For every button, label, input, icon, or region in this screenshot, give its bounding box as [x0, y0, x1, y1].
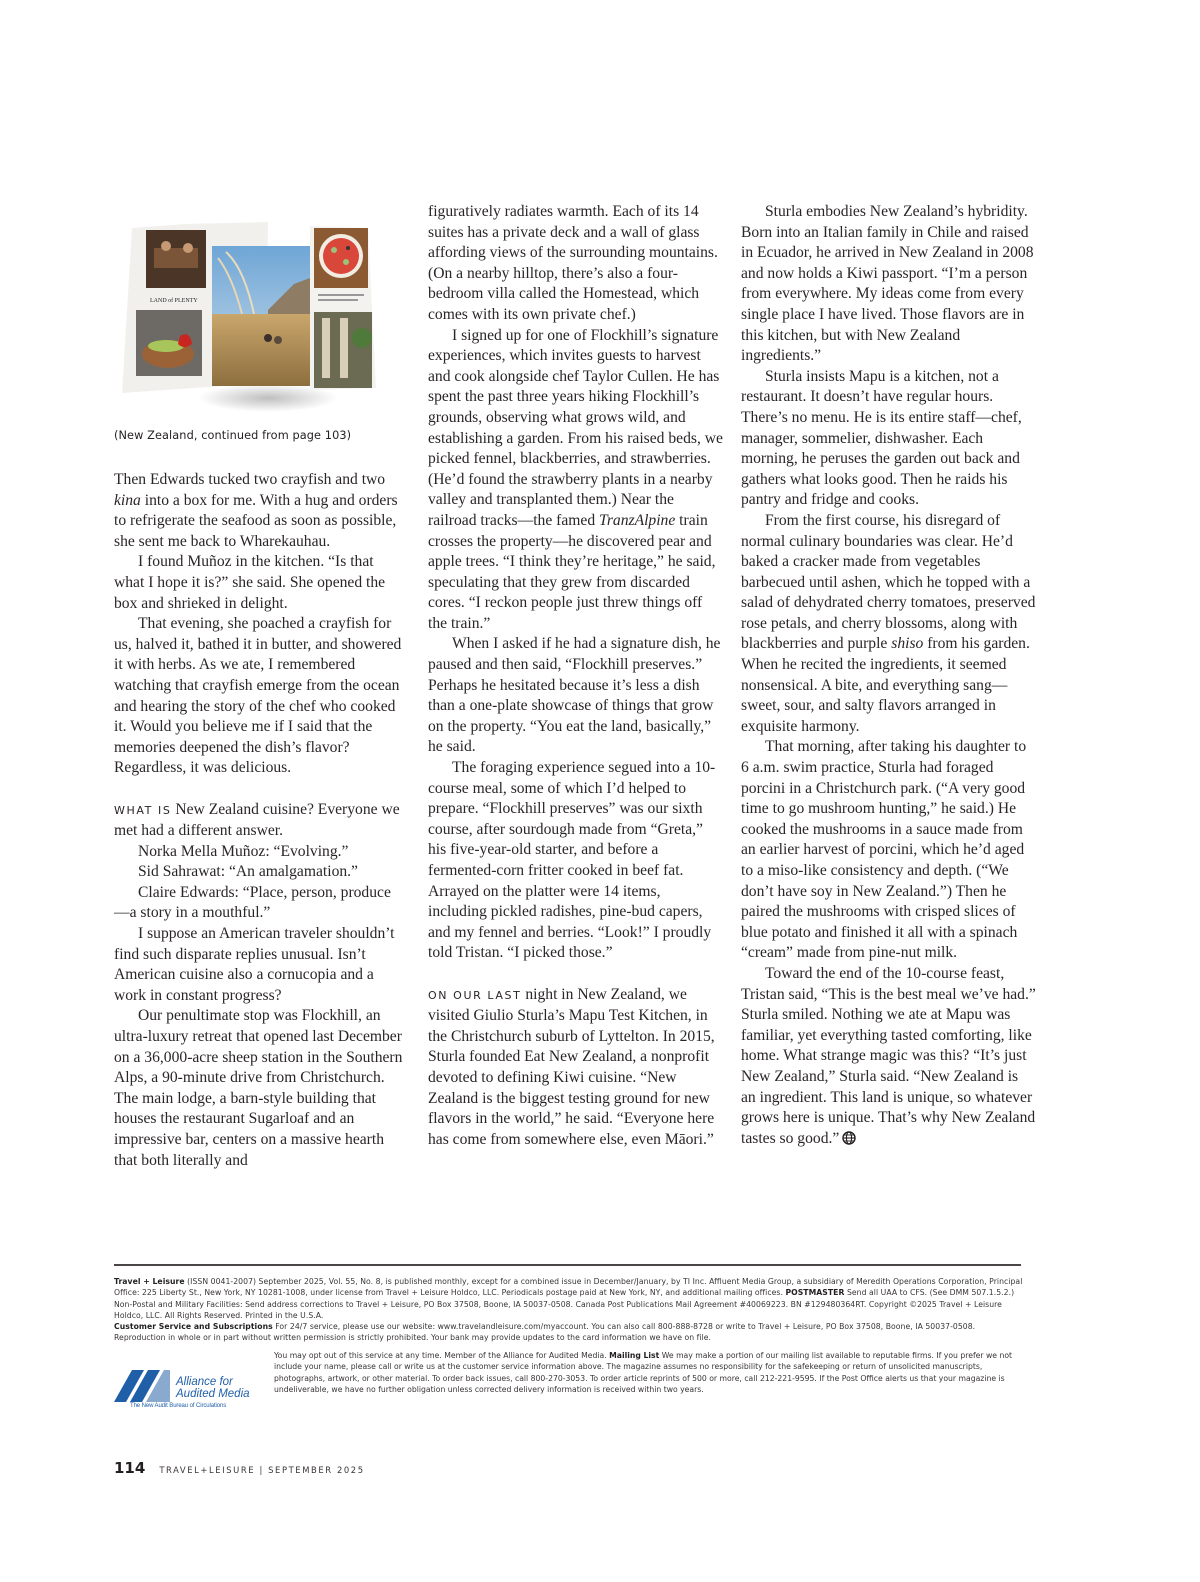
publication-statement: Travel + Leisure (ISSN 0041-2007) Septem…	[114, 1276, 1024, 1321]
mailing-list-statement: You may opt out of this service at any t…	[274, 1350, 1024, 1395]
section-lead-in: What is	[114, 804, 171, 817]
page-number: 114	[114, 1459, 145, 1477]
paragraph: That evening, she poached a crayfish for…	[114, 614, 404, 779]
paragraph: The foraging experience segued into a 10…	[428, 758, 723, 964]
aam-tagline: The New Audit Bureau of Circulations	[130, 1403, 226, 1409]
continued-from-caption: (New Zealand, continued from page 103)	[114, 429, 351, 442]
globe-icon	[842, 1131, 856, 1145]
paragraph: Then Edwards tucked two crayfish and two…	[114, 470, 404, 552]
svg-text:LAND of PLENTY: LAND of PLENTY	[150, 297, 198, 304]
paragraph: I signed up for one of Flockhill’s signa…	[428, 326, 723, 635]
colophon: Travel + Leisure (ISSN 0041-2007) Septem…	[114, 1276, 1024, 1344]
paragraph: Norka Mella Muñoz: “Evolving.”	[114, 842, 404, 863]
page-folio: 114 TRAVEL+LEISURE | SEPTEMBER 2025	[114, 1459, 365, 1477]
paragraph: Toward the end of the 10-course feast, T…	[741, 964, 1036, 1149]
customer-service-statement: Customer Service and Subscriptions For 2…	[114, 1321, 1024, 1344]
paragraph: Sturla insists Mapu is a kitchen, not a …	[741, 367, 1036, 511]
aam-logo-text: Alliance for Audited Media	[176, 1376, 250, 1400]
masthead-line: TRAVEL+LEISURE | SEPTEMBER 2025	[159, 1465, 364, 1475]
article-column-1: Then Edwards tucked two crayfish and two…	[114, 470, 404, 1171]
paragraph: Sturla embodies New Zealand’s hybridity.…	[741, 202, 1036, 367]
magazine-spread-photo: LAND of PLENTY	[118, 218, 380, 414]
paragraph: When I asked if he had a signature dish,…	[428, 634, 723, 758]
article-column-3: Sturla embodies New Zealand’s hybridity.…	[741, 202, 1036, 1149]
paragraph: Sid Sahrawat: “An amalgamation.”	[114, 862, 404, 883]
section-start-paragraph: What is New Zealand cuisine? Everyone we…	[114, 800, 404, 842]
footer-divider	[114, 1264, 1021, 1266]
section-lead-in: On our last	[428, 989, 521, 1002]
paragraph: Claire Edwards: “Place, person, produce—…	[114, 883, 404, 924]
paragraph: From the first course, his disregard of …	[741, 511, 1036, 738]
paragraph: I suppose an American traveler shouldn’t…	[114, 924, 404, 1006]
article-column-2: figuratively radiates warmth. Each of it…	[428, 202, 723, 1150]
section-start-paragraph: On our last night in New Zealand, we vis…	[428, 985, 723, 1151]
paragraph: Our penultimate stop was Flockhill, an u…	[114, 1006, 404, 1171]
paragraph: figuratively radiates warmth. Each of it…	[428, 202, 723, 326]
paragraph: That morning, after taking his daughter …	[741, 737, 1036, 964]
paragraph: I found Muñoz in the kitchen. “Is that w…	[114, 552, 404, 614]
